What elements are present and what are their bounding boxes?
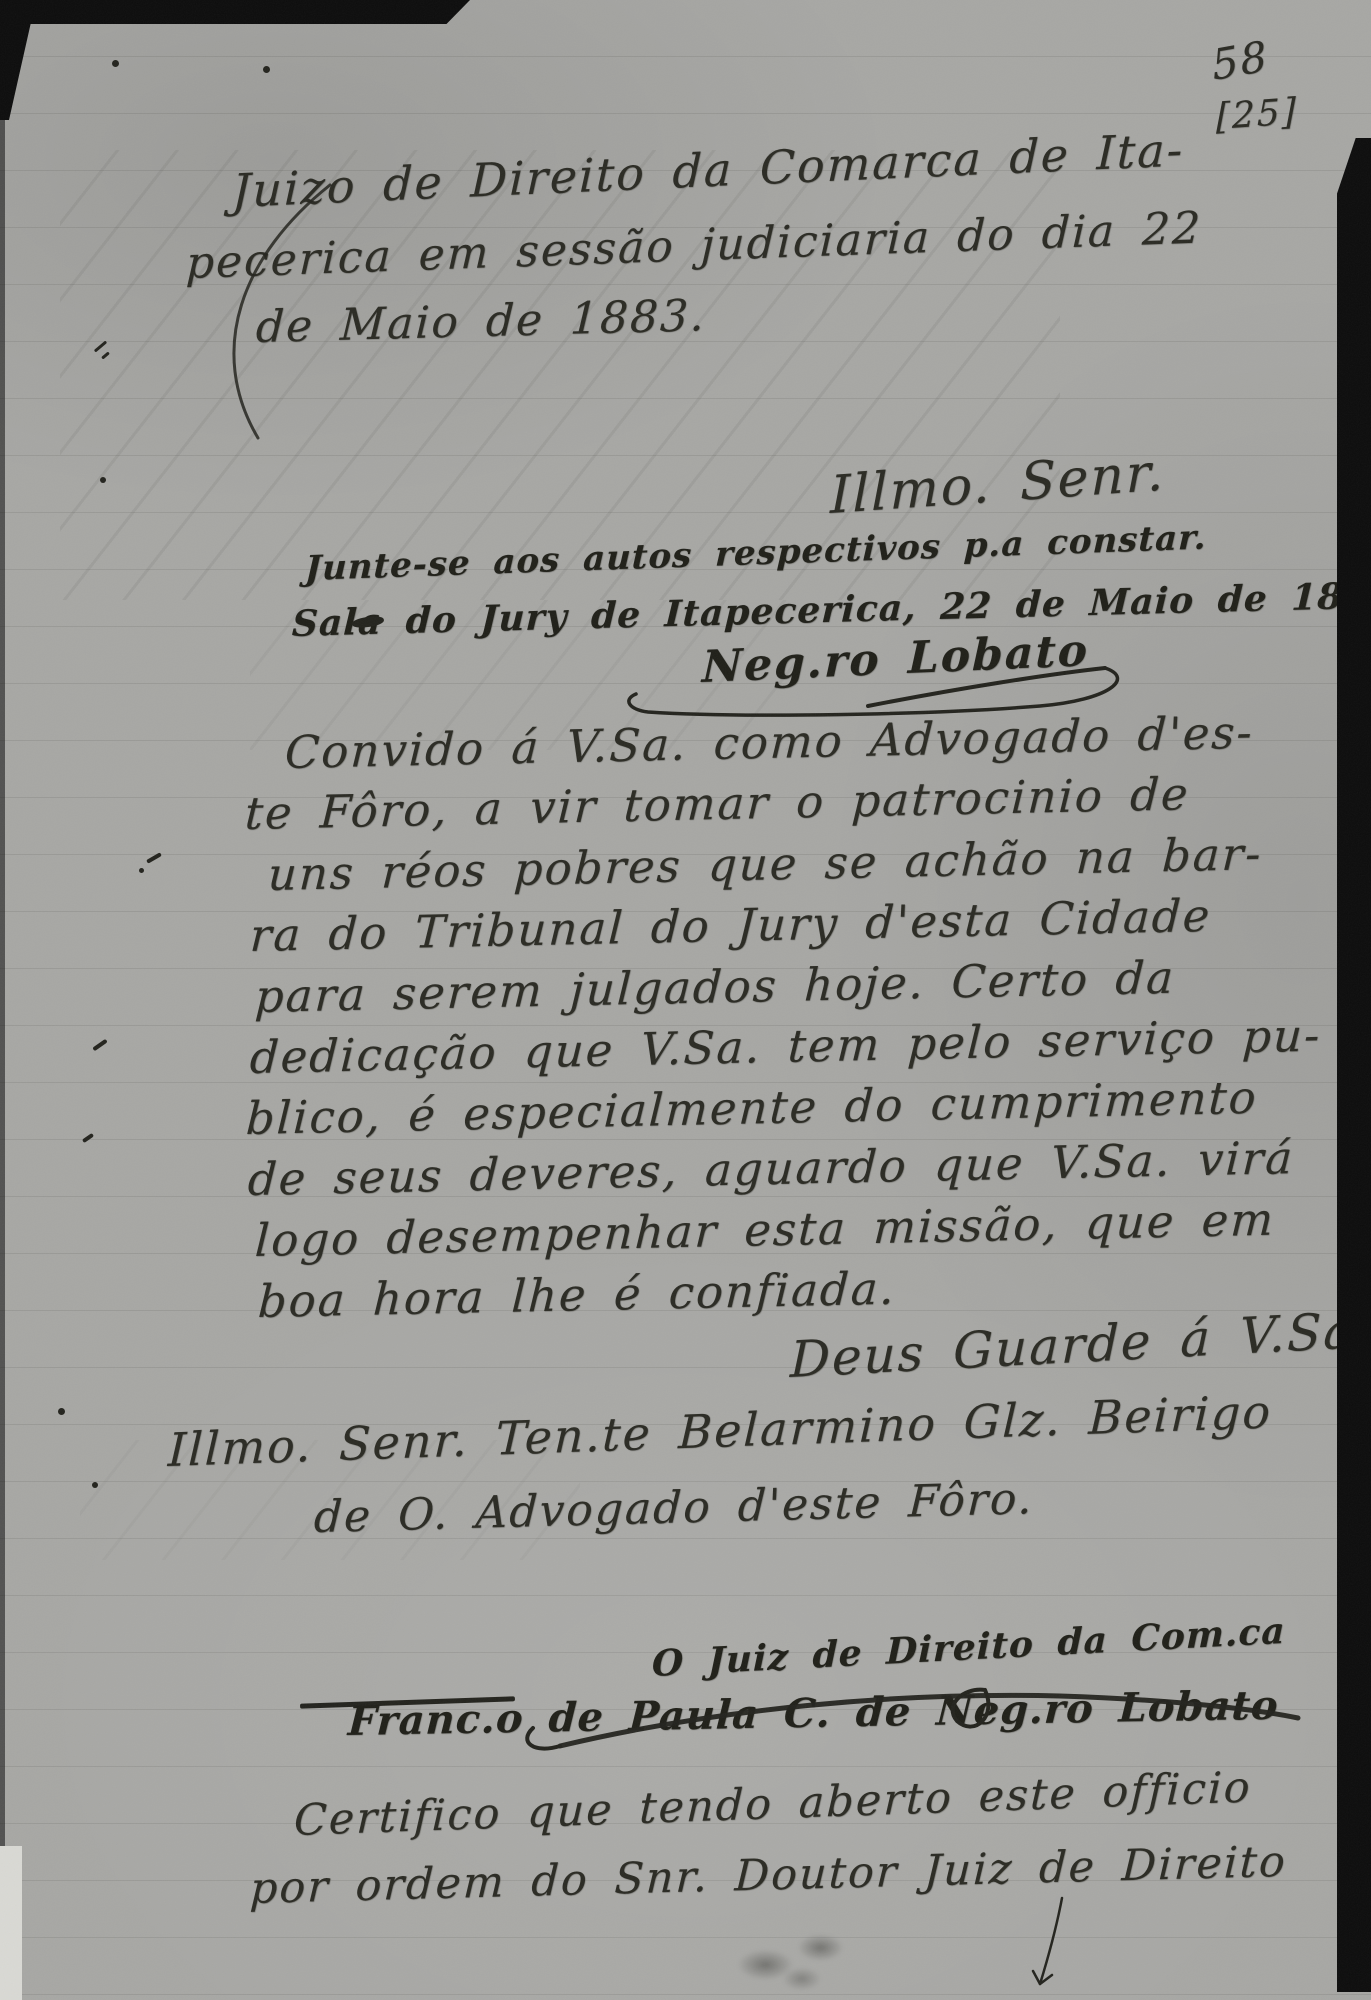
- scan-edge-top: [0, 0, 470, 24]
- ink-speck: [112, 60, 119, 67]
- ink-speck: [139, 868, 144, 873]
- heading-line: de Maio de 1883.: [255, 294, 707, 350]
- scan-edge-right: [1337, 138, 1371, 1992]
- valediction: Deus Guarde á V.Sa.: [790, 1304, 1371, 1385]
- body-line: Convido á V.Sa. como Advogado d'es-: [284, 710, 1255, 775]
- body-line: te Fôro, a vir tomar o patrocinio de: [244, 771, 1191, 836]
- ink-speck: [58, 1408, 65, 1415]
- margin-mark: [92, 1039, 107, 1051]
- despacho-line: Junte-se aos autos respectivos p.a const…: [304, 520, 1207, 586]
- ink-smudge-stamp: [722, 1918, 867, 1996]
- body-line: blico, é especialmente do cumprimento: [245, 1075, 1259, 1141]
- closing-signature-name: Franc.o de Paula C. de Neg.ro Lobato: [347, 1686, 1280, 1742]
- body-line: dedicação que V.Sa. tem pelo serviço pu-: [249, 1013, 1323, 1080]
- heading-line: Juizo de Direito da Comarca de Ita-: [231, 126, 1184, 214]
- body-line: logo desempenhar esta missão, que em: [254, 1197, 1276, 1263]
- body-line: uns réos pobres que se achão na bar-: [267, 831, 1264, 897]
- manuscript-page: 58 [25] Juizo de Direito da Comarca de I…: [0, 0, 1371, 2000]
- margin-mark: [82, 1133, 94, 1143]
- margin-mark: [146, 852, 162, 863]
- body-line: boa hora lhe é confiada.: [257, 1266, 897, 1324]
- body-line: para serem julgados hoje. Certo da: [254, 955, 1176, 1019]
- scan-edge-corner: [0, 0, 36, 120]
- despacho-signature: Neg.ro Lobato: [701, 629, 1089, 690]
- despacho-line: Sala do Jury de Itapecerica, 22 de Maio …: [291, 577, 1371, 642]
- ink-speck: [100, 477, 106, 483]
- closing-signature-title: O Juiz de Direito da Com.ca: [652, 1613, 1286, 1682]
- salutation: Illmo. Senr.: [830, 446, 1165, 522]
- margin-mark: [101, 351, 110, 359]
- body-line: de seus deveres, aguardo que V.Sa. virá: [247, 1135, 1295, 1202]
- folio-secondary-number: [25]: [1216, 94, 1298, 136]
- folio-number: 58: [1210, 35, 1271, 87]
- page-under-sheet: [0, 1846, 22, 2000]
- ink-speck: [263, 66, 270, 73]
- body-line: ra do Tribunal do Jury d'esta Cidade: [249, 893, 1213, 958]
- addressee-line: de O. Advogado d'este Fôro.: [313, 1477, 1035, 1540]
- margin-mark: [94, 341, 107, 353]
- ink-speck: [92, 1482, 98, 1488]
- addressee-line: Illmo. Senr. Ten.te Belarmino Glz. Beiri…: [167, 1388, 1273, 1473]
- heading-line: pecerica em sessão judiciaria do dia 22: [185, 206, 1203, 286]
- scan-edge-left: [0, 20, 5, 1850]
- certificate-line: por ordem do Snr. Doutor Juiz de Direito: [249, 1841, 1288, 1911]
- certificate-line: Certifico que tendo aberto este officio: [293, 1767, 1252, 1844]
